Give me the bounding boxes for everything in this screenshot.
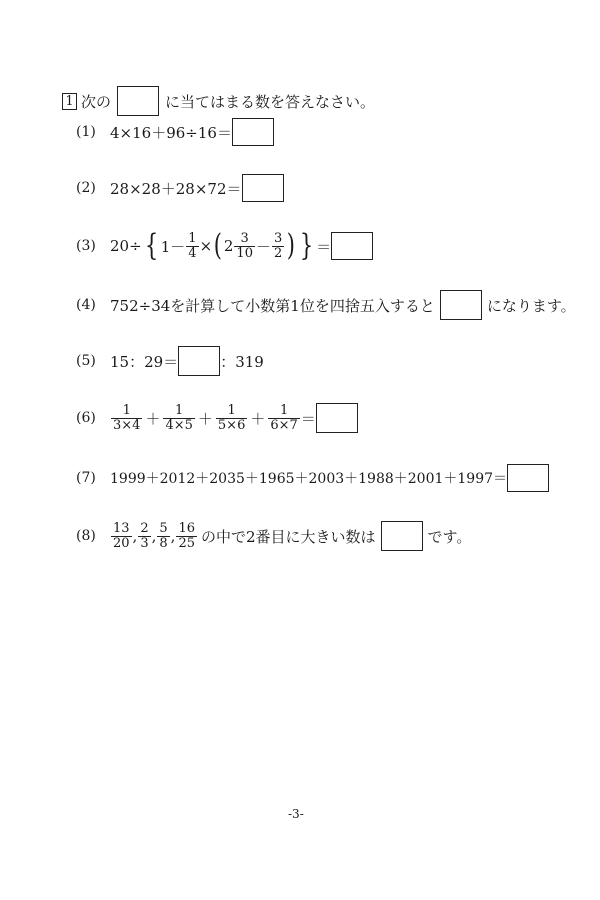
answer-box-2[interactable] <box>242 174 284 202</box>
expr-one-minus: 1－ <box>161 236 186 257</box>
right-paren: ) <box>287 231 295 261</box>
problem-5: (5) 15：29＝ ：319 <box>76 346 264 376</box>
fraction: 14×5 <box>163 404 194 433</box>
mixed-whole: 2 <box>224 237 234 255</box>
problem-text-before: 752÷34を計算して小数第1位を四捨五入すると <box>110 295 435 316</box>
problem-label: (8) <box>76 528 110 544</box>
fraction: 58 <box>157 522 169 551</box>
problem-text-after: ：319 <box>220 351 264 372</box>
problem-7: (7) 1999＋2012＋2035＋1965＋2003＋1988＋2001＋1… <box>76 464 549 492</box>
fraction: 13×4 <box>111 404 142 433</box>
section-header: 1 次の に当てはまる数を答えなさい。 <box>62 86 375 116</box>
problem-label: (6) <box>76 410 110 426</box>
problem-text-middle: の中で2番目に大きい数は <box>201 526 376 547</box>
problem-3: (3) 20÷ { 1－ 14 × ( 2 310 － 32 ) } ＝ <box>76 226 373 266</box>
problem-text-after: です。 <box>428 526 472 547</box>
equals-sign: ＝ <box>301 408 316 429</box>
problem-4: (4) 752÷34を計算して小数第1位を四捨五入すると になります。 <box>76 290 576 320</box>
answer-box-5[interactable] <box>178 346 220 376</box>
fraction: 15×6 <box>216 404 247 433</box>
comma: , <box>133 527 138 545</box>
fraction-1-4: 14 <box>186 232 198 261</box>
problem-label: (4) <box>76 297 110 313</box>
plus-sign: ＋ <box>145 408 160 429</box>
problem-text-before: 15：29＝ <box>110 351 178 372</box>
problem-1: (1) 4×16＋96÷16＝ <box>76 118 274 146</box>
equals-sign: ＝ <box>316 236 331 257</box>
times-sign: × <box>200 237 213 255</box>
left-paren: ( <box>214 231 222 261</box>
minus-sign: － <box>256 236 271 257</box>
comma: , <box>171 527 176 545</box>
answer-box-6[interactable] <box>316 403 358 433</box>
fraction-3-10: 310 <box>234 232 255 261</box>
problem-label: (2) <box>76 180 110 196</box>
section-number-badge: 1 <box>62 93 77 110</box>
instruction-prefix: 次の <box>81 91 111 112</box>
problem-label: (5) <box>76 353 110 369</box>
problem-expression: 4×16＋96÷16＝ <box>110 122 232 143</box>
plus-sign: ＋ <box>250 408 265 429</box>
problem-8: (8) 1320 , 23 , 58 , 1625 の中で2番目に大きい数は で… <box>76 518 471 554</box>
answer-box-example <box>117 86 159 116</box>
left-brace: { <box>145 231 158 261</box>
answer-box-3[interactable] <box>331 232 373 260</box>
problem-2: (2) 28×28＋28×72＝ <box>76 174 284 202</box>
answer-box-8[interactable] <box>381 521 423 551</box>
plus-sign: ＋ <box>198 408 213 429</box>
problem-label: (7) <box>76 470 110 486</box>
answer-box-1[interactable] <box>232 118 274 146</box>
problem-text-after: になります。 <box>487 295 576 316</box>
problem-label: (3) <box>76 238 110 254</box>
problem-6: (6) 13×4 ＋ 14×5 ＋ 15×6 ＋ 16×7 ＝ <box>76 400 358 436</box>
page-number: -3- <box>288 807 304 821</box>
expr-lead: 20÷ <box>110 237 142 255</box>
fraction: 16×7 <box>268 404 299 433</box>
instruction-suffix: に当てはまる数を答えなさい。 <box>165 91 375 112</box>
fraction: 23 <box>138 522 150 551</box>
problem-expression: 28×28＋28×72＝ <box>110 178 242 199</box>
problem-label: (1) <box>76 124 110 140</box>
right-brace: } <box>300 231 313 261</box>
answer-box-4[interactable] <box>440 290 482 320</box>
fraction-3-2: 32 <box>272 232 284 261</box>
comma: , <box>152 527 157 545</box>
fraction: 1625 <box>176 522 197 551</box>
fraction: 1320 <box>111 522 132 551</box>
problem-expression: 1999＋2012＋2035＋1965＋2003＋1988＋2001＋1997＝ <box>110 468 507 488</box>
answer-box-7[interactable] <box>507 464 549 492</box>
